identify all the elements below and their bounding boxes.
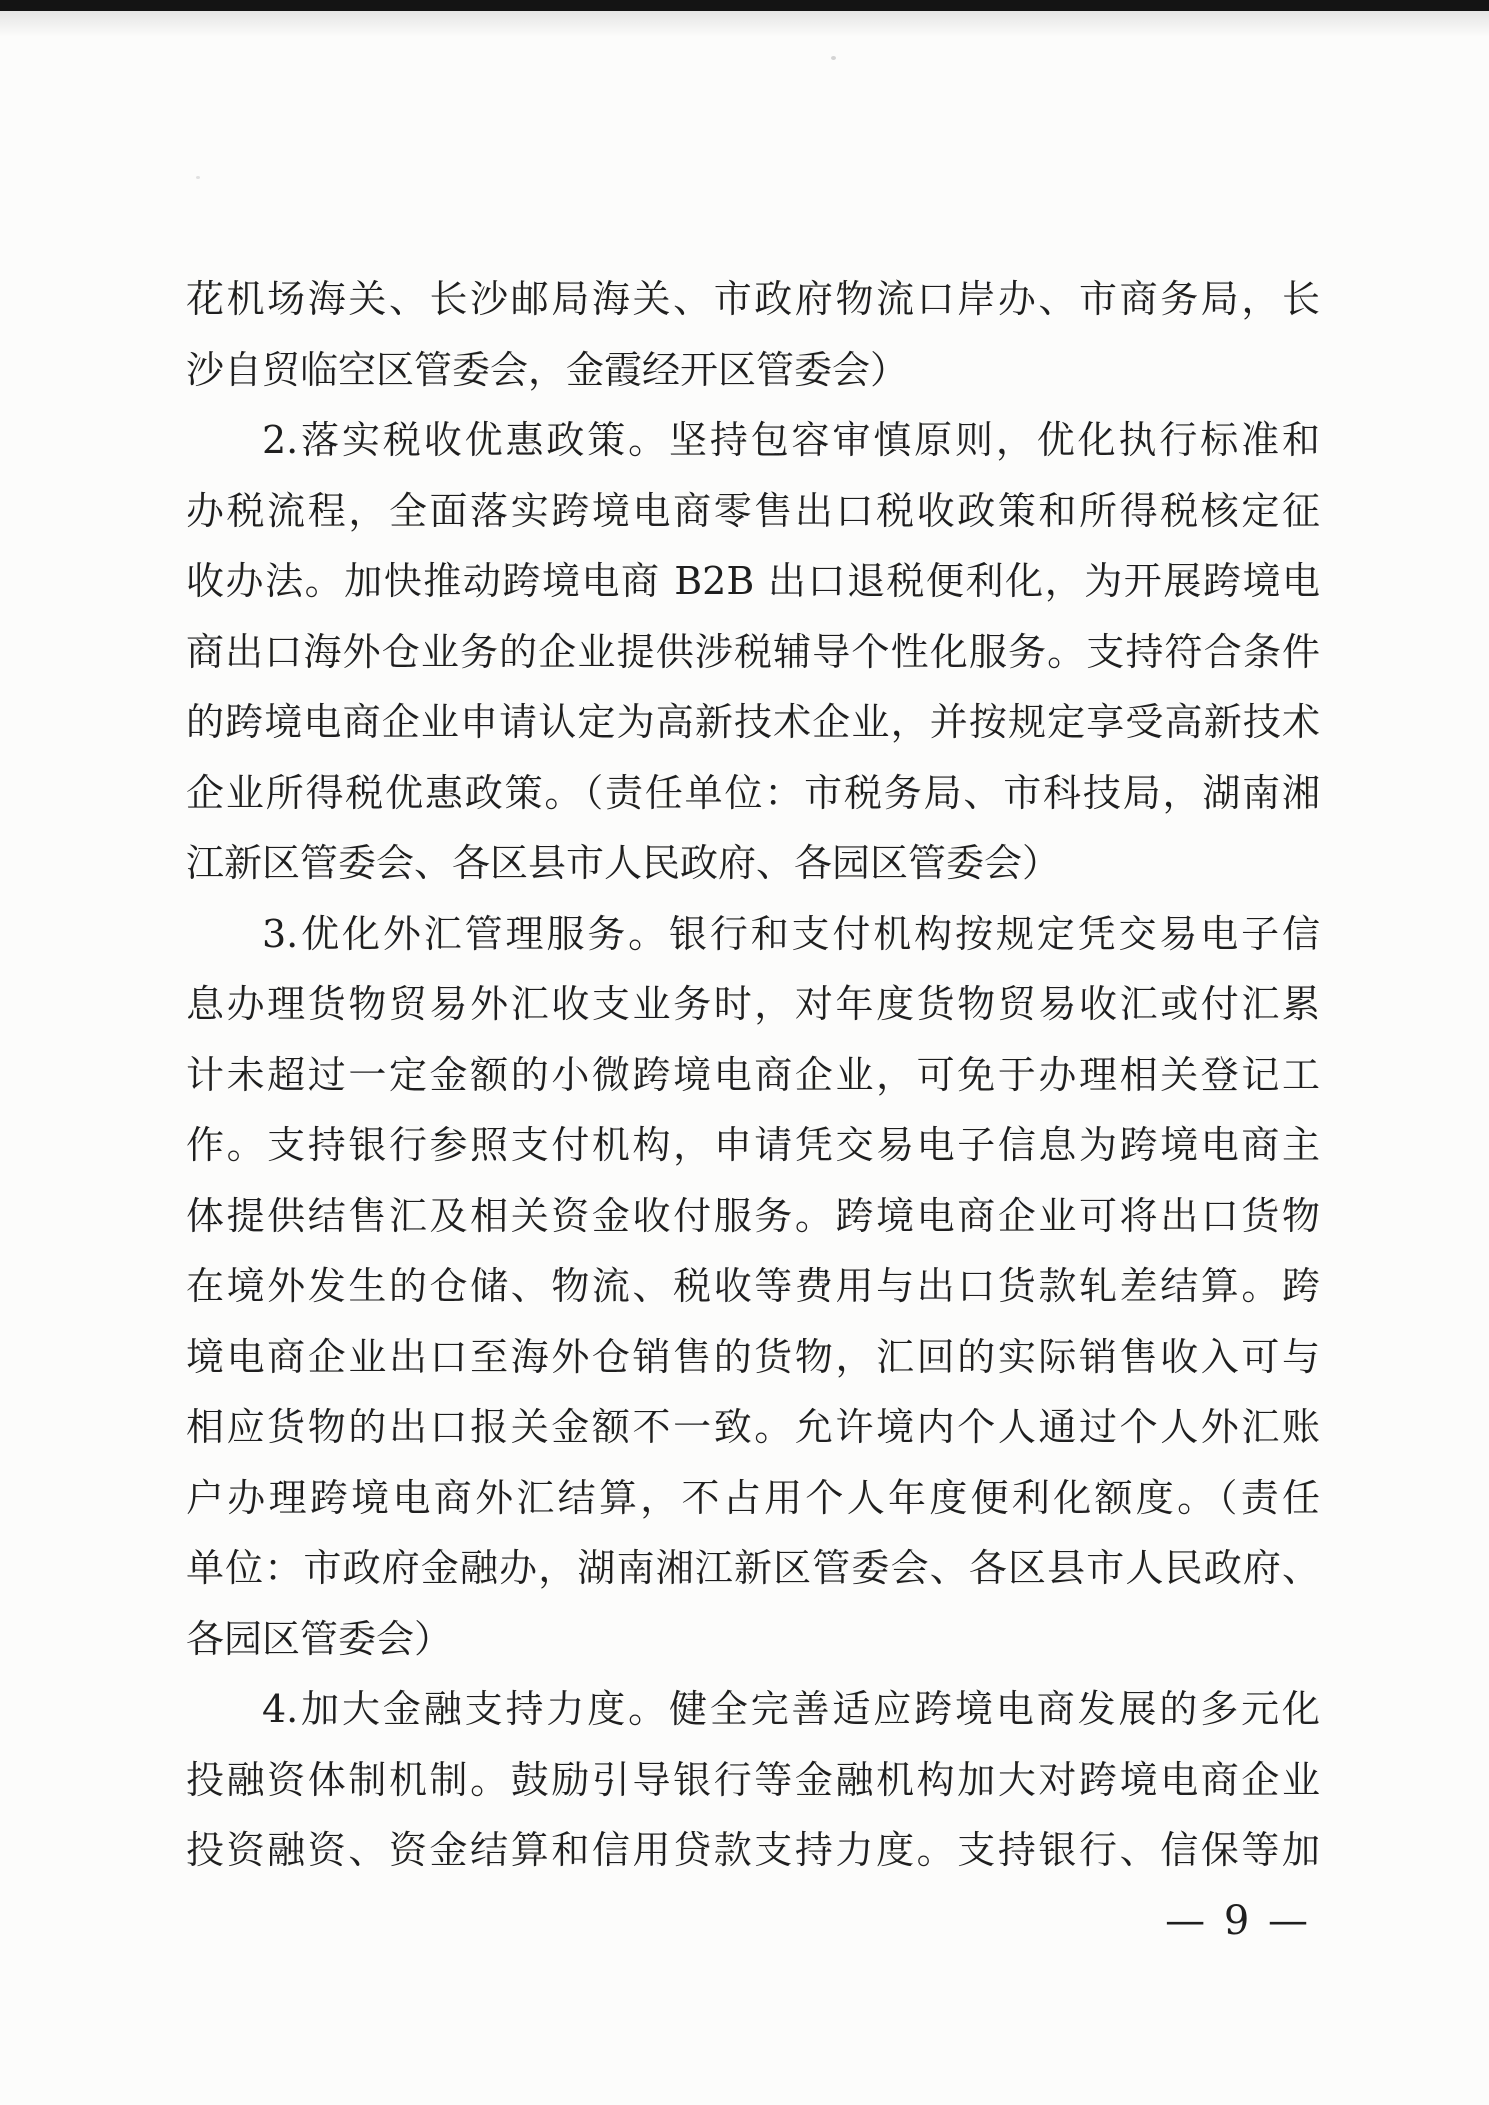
document-page: 花机场海关、长沙邮局海关、市政府物流口岸办、市商务局，长 沙自贸临空区管委会，金…: [0, 0, 1489, 2105]
text-line: 息办理货物贸易外汇收支业务时，对年度货物贸易收汇或付汇累: [186, 969, 1320, 1040]
text-line: 沙自贸临空区管委会，金霞经开区管委会）: [186, 335, 1320, 406]
text-line: 办税流程，全面落实跨境电商零售出口税收政策和所得税核定征: [186, 476, 1320, 547]
text-line: 户办理跨境电商外汇结算，不占用个人年度便利化额度。（责任: [186, 1463, 1320, 1534]
text-line: 在境外发生的仓储、物流、税收等费用与出口货款轧差结算。跨: [186, 1251, 1320, 1322]
text-line: 境电商企业出口至海外仓销售的货物，汇回的实际销售收入可与: [186, 1322, 1320, 1393]
text-line: 投融资体制机制。鼓励引导银行等金融机构加大对跨境电商企业: [186, 1745, 1320, 1816]
scan-edge-bar: [0, 0, 1489, 11]
text-line-paragraph-4: 4.加大金融支持力度。健全完善适应跨境电商发展的多元化: [186, 1674, 1320, 1745]
text-line: 各园区管委会）: [186, 1604, 1320, 1675]
text-line: 作。支持银行参照支付机构，申请凭交易电子信息为跨境电商主: [186, 1110, 1320, 1181]
text-line: 的跨境电商企业申请认定为高新技术企业，并按规定享受高新技术: [186, 687, 1320, 758]
scan-edge-shadow: [0, 11, 1489, 37]
text-line: 投资融资、资金结算和信用贷款支持力度。支持银行、信保等加: [186, 1815, 1320, 1886]
text-line-paragraph-3: 3.优化外汇管理服务。银行和支付机构按规定凭交易电子信: [186, 899, 1320, 970]
text-line: 江新区管委会、各区县市人民政府、各园区管委会）: [186, 828, 1320, 899]
text-line-paragraph-2: 2.落实税收优惠政策。坚持包容审慎原则，优化执行标准和: [186, 405, 1320, 476]
page-number: — 9 —: [1165, 1898, 1311, 1944]
text-line: 体提供结售汇及相关资金收付服务。跨境电商企业可将出口货物: [186, 1181, 1320, 1252]
scan-speck: [831, 56, 836, 60]
text-line: 单位：市政府金融办，湖南湘江新区管委会、各区县市人民政府、: [186, 1533, 1320, 1604]
text-line: 相应货物的出口报关金额不一致。允许境内个人通过个人外汇账: [186, 1392, 1320, 1463]
text-line: 企业所得税优惠政策。（责任单位：市税务局、市科技局，湖南湘: [186, 758, 1320, 829]
text-line: 花机场海关、长沙邮局海关、市政府物流口岸办、市商务局，长: [186, 264, 1320, 335]
text-line: 计未超过一定金额的小微跨境电商企业，可免于办理相关登记工: [186, 1040, 1320, 1111]
body-text: 花机场海关、长沙邮局海关、市政府物流口岸办、市商务局，长 沙自贸临空区管委会，金…: [186, 264, 1320, 1886]
text-line: 收办法。加快推动跨境电商 B2B 出口退税便利化，为开展跨境电: [186, 546, 1320, 617]
text-line: 商出口海外仓业务的企业提供涉税辅导个性化服务。支持符合条件: [186, 617, 1320, 688]
scan-speck: [196, 176, 200, 179]
